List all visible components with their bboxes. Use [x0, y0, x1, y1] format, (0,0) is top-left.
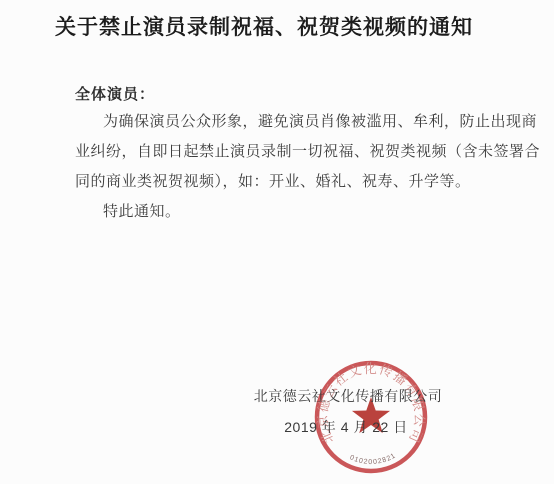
salutation: 全体演员：	[75, 83, 155, 104]
notice-body: 为确保演员公众形象，避免演员肖像被滥用、牟利，防止出现商 业纠纷，自即日起禁止演…	[75, 107, 493, 227]
paragraph-line: 同的商业类祝贺视频），如：开业、婚礼、祝寿、升学等。	[75, 167, 493, 197]
paragraph-line: 为确保演员公众形象，避免演员肖像被滥用、牟利，防止出现商	[75, 107, 493, 137]
notice-date: 2019 年 4 月 22 日	[166, 417, 526, 437]
notice-document: 关于禁止演员录制祝福、祝贺类视频的通知 全体演员： 为确保演员公众形象，避免演员…	[0, 0, 554, 484]
company-name: 北京德云社文化传播有限公司	[166, 386, 530, 406]
paragraph-line: 特此通知。	[75, 197, 493, 227]
notice-title: 关于禁止演员录制祝福、祝贺类视频的通知	[0, 11, 528, 41]
paragraph-line: 业纠纷，自即日起禁止演员录制一切祝福、祝贺类视频（含未签署合	[75, 137, 493, 167]
